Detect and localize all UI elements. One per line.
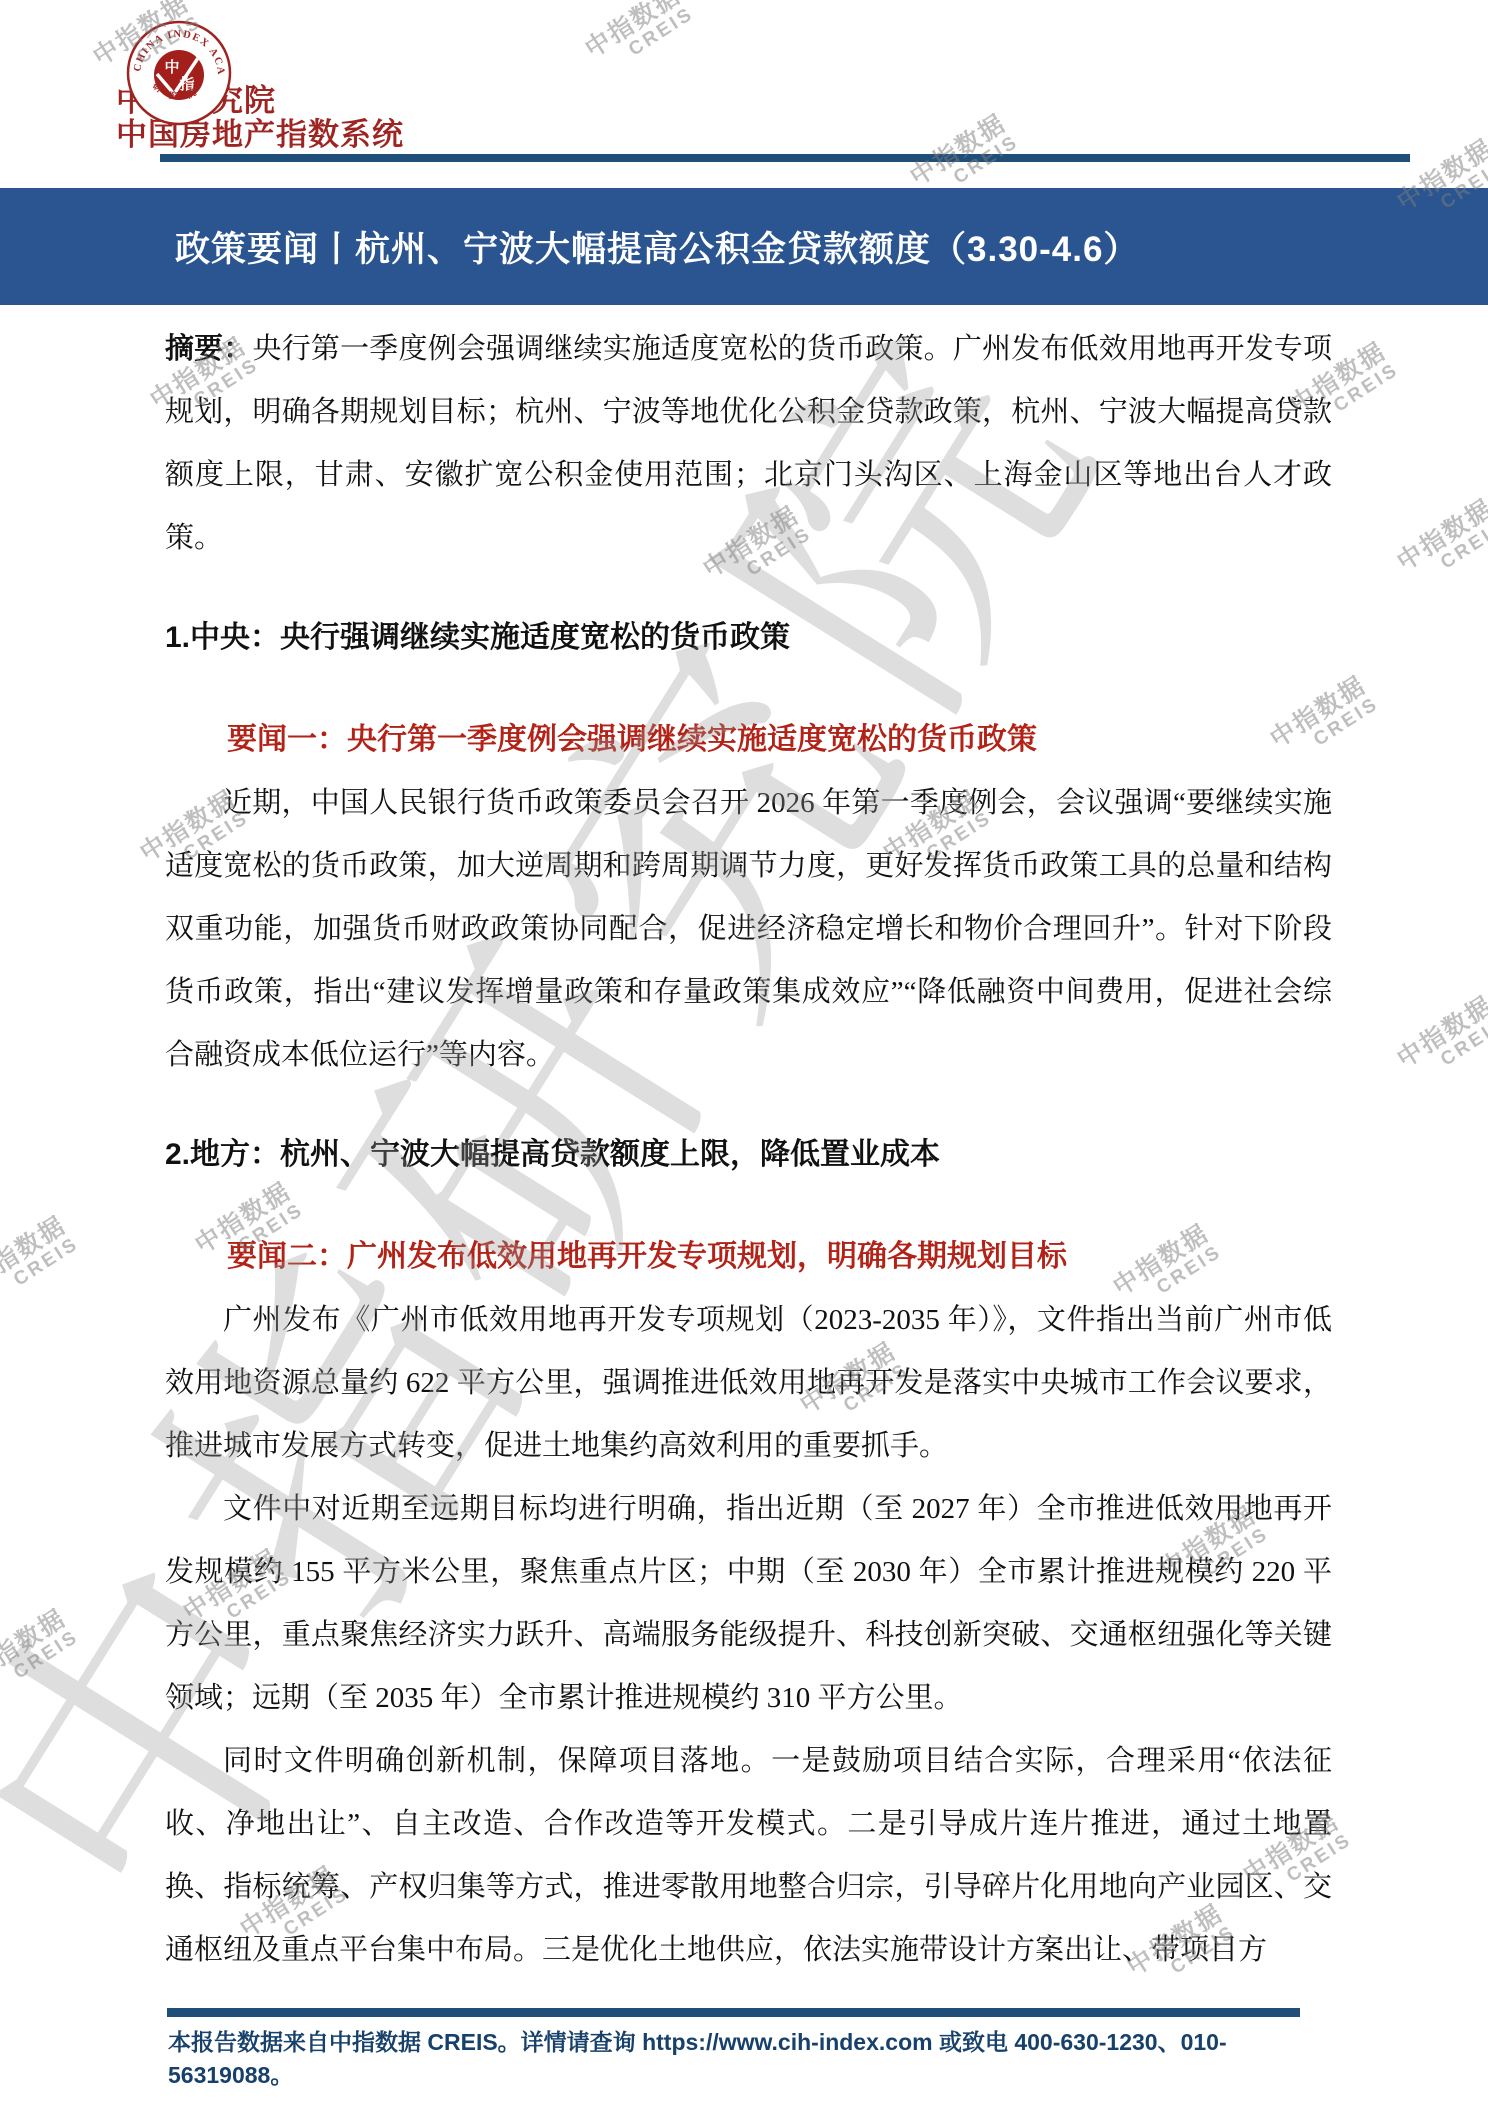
news-2-heading: 要闻二：广州发布低效用地再开发专项规划，明确各期规划目标: [165, 1225, 1332, 1289]
page-title: 政策要闻丨杭州、宁波大幅提高公积金贷款额度（3.30-4.6）: [0, 222, 1139, 272]
china-index-academy-seal-icon: CHINA INDEX ACADEMY 中 指 研 究 院: [124, 18, 234, 128]
summary-label: 摘要：: [165, 333, 253, 365]
report-body: 摘要：央行第一季度例会强调继续实施适度宽松的货币政策。广州发布低效用地再开发专项…: [165, 318, 1332, 1982]
watermark-small: 中指数据CREIS: [0, 1213, 83, 1311]
watermark-small: 中指数据CREIS: [1394, 993, 1488, 1091]
summary-text: 央行第一季度例会强调继续实施适度宽松的货币政策。广州发布低效用地再开发专项规划，…: [165, 333, 1332, 554]
news-2-paragraph-2: 文件中对近期至远期目标均进行明确，指出近期（至 2027 年）全市推进低效用地再…: [165, 1478, 1332, 1730]
watermark-small: 中指数据CREIS: [1394, 496, 1488, 594]
news-2-paragraph-1: 广州发布《广州市低效用地再开发专项规划（2023-2035 年）》，文件指出当前…: [165, 1289, 1332, 1478]
summary-paragraph: 摘要：央行第一季度例会强调继续实施适度宽松的货币政策。广州发布低效用地再开发专项…: [165, 318, 1332, 570]
watermark-small: 中指数据CREIS: [0, 1606, 83, 1704]
news-1-paragraph: 近期，中国人民银行货币政策委员会召开 2026 年第一季度例会，会议强调“要继续…: [165, 772, 1332, 1087]
report-page: 中指研究院 中国房地产指数系统 CHINA INDEX ACADEMY 中 指 …: [0, 0, 1488, 2104]
section-2-heading: 2.地方：杭州、宁波大幅提高贷款额度上限，降低置业成本: [165, 1123, 1332, 1187]
section-1-heading: 1.中央：央行强调继续实施适度宽松的货币政策: [165, 606, 1332, 670]
news-2-paragraph-3: 同时文件明确创新机制，保障项目落地。一是鼓励项目结合实际，合理采用“依法征收、净…: [165, 1730, 1332, 1982]
watermark-small: 中指数据CREIS: [582, 0, 699, 81]
footer-divider: [167, 2008, 1300, 2017]
news-1-heading: 要闻一：央行第一季度例会强调继续实施适度宽松的货币政策: [165, 708, 1332, 772]
title-banner: 政策要闻丨杭州、宁波大幅提高公积金贷款额度（3.30-4.6）: [0, 188, 1488, 305]
logo-center-char-1: 中: [164, 59, 179, 76]
footer-note: 本报告数据来自中指数据 CREIS。详情请查询 https://www.cih-…: [168, 2024, 1328, 2090]
header-divider: [160, 154, 1410, 162]
